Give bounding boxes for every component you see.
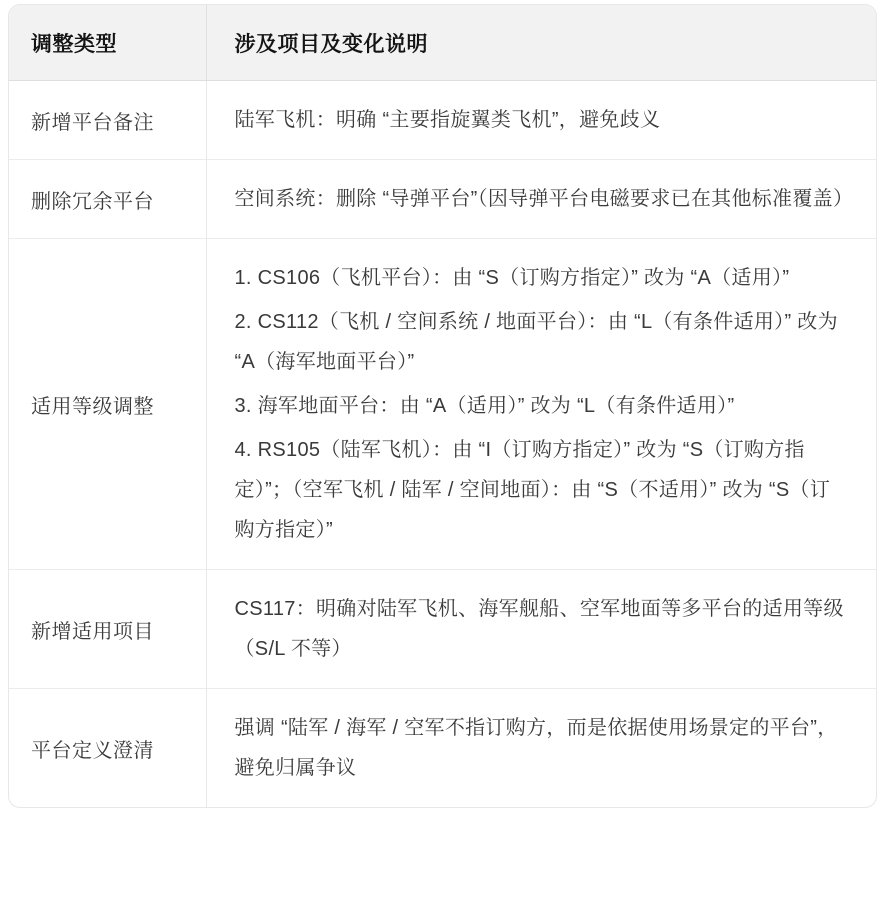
changes-table: 调整类型 涉及项目及变化说明 新增平台备注 陆军飞机：明确 “主要指旋翼类飞机”… (9, 5, 876, 807)
description-paragraph: 3. 海军地面平台：由 “A（适用）” 改为 “L（有条件适用）” (235, 386, 849, 426)
column-header-adjustment-type: 调整类型 (9, 5, 206, 81)
description-paragraph: 2. CS112（飞机 / 空间系统 / 地面平台）：由 “L（有条件适用）” … (235, 302, 849, 382)
adjustment-type-cell: 删除冗余平台 (9, 160, 206, 239)
table-body: 新增平台备注 陆军飞机：明确 “主要指旋翼类飞机”，避免歧义 删除冗余平台 空间… (9, 81, 876, 808)
description-paragraph: 1. CS106（飞机平台）：由 “S（订购方指定）” 改为 “A（适用）” (235, 258, 849, 298)
column-header-description: 涉及项目及变化说明 (206, 5, 876, 81)
table-row: 适用等级调整 1. CS106（飞机平台）：由 “S（订购方指定）” 改为 “A… (9, 239, 876, 570)
table-row: 平台定义澄清 强调 “陆军 / 海军 / 空军不指订购方，而是依据使用场景定的平… (9, 689, 876, 808)
description-paragraph: 空间系统：删除 “导弹平台”（因导弹平台电磁要求已在其他标准覆盖） (235, 179, 849, 219)
description-cell: 1. CS106（飞机平台）：由 “S（订购方指定）” 改为 “A（适用）”2.… (206, 239, 876, 570)
table-row: 删除冗余平台 空间系统：删除 “导弹平台”（因导弹平台电磁要求已在其他标准覆盖） (9, 160, 876, 239)
table-row: 新增适用项目 CS117：明确对陆军飞机、海军舰船、空军地面等多平台的适用等级（… (9, 570, 876, 689)
changes-table-card: 调整类型 涉及项目及变化说明 新增平台备注 陆军飞机：明确 “主要指旋翼类飞机”… (8, 4, 877, 808)
description-cell: 空间系统：删除 “导弹平台”（因导弹平台电磁要求已在其他标准覆盖） (206, 160, 876, 239)
description-paragraph: 4. RS105（陆军飞机）：由 “I（订购方指定）” 改为 “S（订购方指定）… (235, 430, 849, 550)
description-cell: CS117：明确对陆军飞机、海军舰船、空军地面等多平台的适用等级（S/L 不等） (206, 570, 876, 689)
adjustment-type-cell: 适用等级调整 (9, 239, 206, 570)
table-row: 新增平台备注 陆军飞机：明确 “主要指旋翼类飞机”，避免歧义 (9, 81, 876, 160)
adjustment-type-cell: 平台定义澄清 (9, 689, 206, 808)
description-paragraph: 强调 “陆军 / 海军 / 空军不指订购方，而是依据使用场景定的平台”，避免归属… (235, 708, 849, 788)
table-header-row: 调整类型 涉及项目及变化说明 (9, 5, 876, 81)
adjustment-type-cell: 新增适用项目 (9, 570, 206, 689)
description-paragraph: CS117：明确对陆军飞机、海军舰船、空军地面等多平台的适用等级（S/L 不等） (235, 589, 849, 669)
description-cell: 陆军飞机：明确 “主要指旋翼类飞机”，避免歧义 (206, 81, 876, 160)
adjustment-type-cell: 新增平台备注 (9, 81, 206, 160)
page: 调整类型 涉及项目及变化说明 新增平台备注 陆军飞机：明确 “主要指旋翼类飞机”… (0, 0, 885, 903)
description-cell: 强调 “陆军 / 海军 / 空军不指订购方，而是依据使用场景定的平台”，避免归属… (206, 689, 876, 808)
description-paragraph: 陆军飞机：明确 “主要指旋翼类飞机”，避免歧义 (235, 100, 849, 140)
